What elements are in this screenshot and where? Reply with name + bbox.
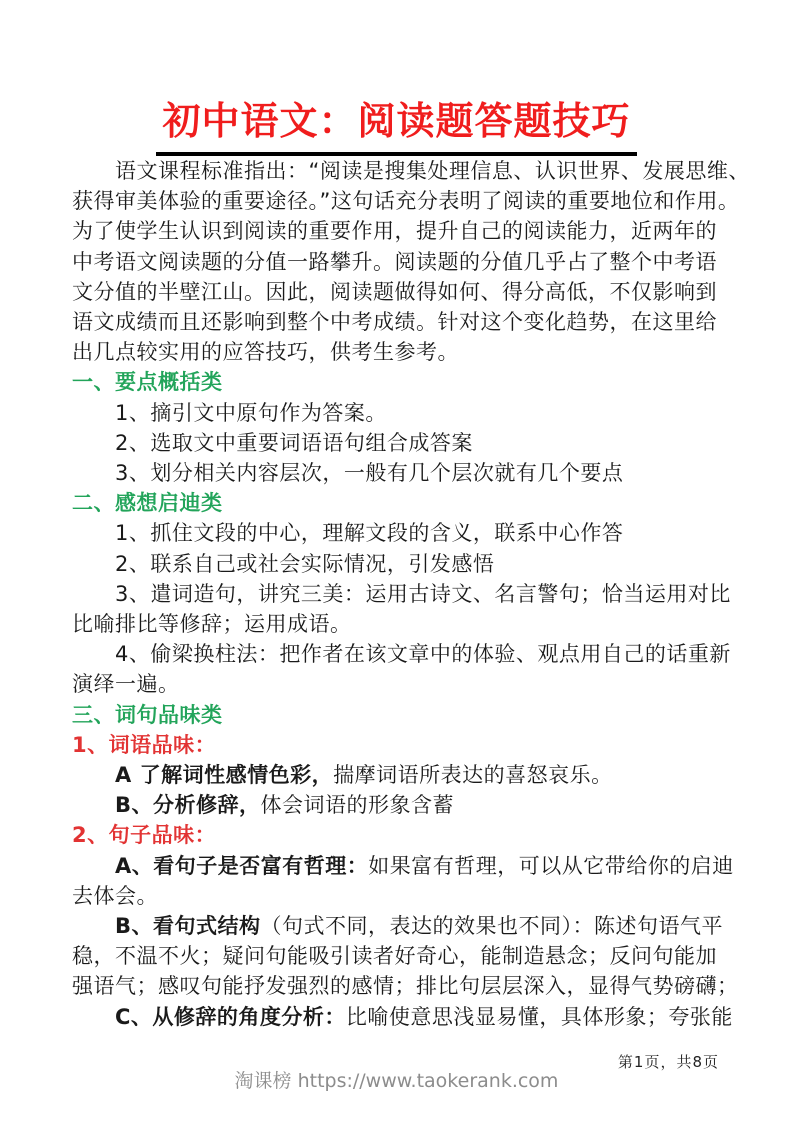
doc-line: C、从修辞的角度分析：比喻使意思浅显易懂，具体形象；夸张能 (72, 1002, 727, 1032)
doc-line-bold-segment: A 了解词性感情色彩， (115, 763, 333, 787)
doc-line-segment: 为了使学生认识到阅读的重要作用，提升自己的阅读能力，近两年的 (72, 219, 717, 243)
doc-line-bold-segment: B、看句式结构 (115, 914, 261, 938)
doc-line: 2、句子品味： (72, 820, 727, 850)
doc-line: 强语气；感叹句能抒发强烈的感情；排比句层层深入，显得气势磅礴； (72, 971, 727, 1001)
doc-line-segment: 比喻排比等修辞；运用成语。 (72, 612, 352, 636)
doc-line-segment: 3、划分相关内容层次，一般有几个层次就有几个要点 (115, 461, 623, 485)
doc-line-segment: （句式不同，表达的效果也不同）：陈述句语气平 (261, 914, 724, 938)
doc-line: 为了使学生认识到阅读的重要作用，提升自己的阅读能力，近两年的 (72, 216, 727, 246)
doc-line: 中考语文阅读题的分值一路攀升。阅读题的分值几乎占了整个中考语 (72, 247, 727, 277)
doc-line-segment: 中考语文阅读题的分值一路攀升。阅读题的分值几乎占了整个中考语 (72, 250, 717, 274)
doc-line-bold-segment: 1、词语品味： (72, 733, 216, 757)
doc-line: 1、摘引文中原句作为答案。 (72, 398, 727, 428)
doc-line-bold-segment: C、从修辞的角度分析： (115, 1005, 346, 1029)
doc-line: 2、选取文中重要词语语句组合成答案 (72, 428, 727, 458)
document-page: 初中语文：阅读题答题技巧 语文课程标准指出：“阅读是搜集处理信息、认识世界、发展… (0, 0, 793, 1122)
doc-line: 获得审美体验的重要途径。”这句话充分表明了阅读的重要地位和作用。 (72, 186, 727, 216)
doc-line: 文分值的半壁江山。因此，阅读题做得如何、得分高低，不仅影响到 (72, 277, 727, 307)
doc-line: 出几点较实用的应答技巧，供考生参考。 (72, 337, 727, 367)
doc-line-bold-segment: 三、词句品味类 (72, 703, 223, 727)
doc-line: 二、感想启迪类 (72, 488, 727, 518)
doc-line-segment: 去体会。 (72, 884, 158, 908)
doc-line-segment: 1、摘引文中原句作为答案。 (115, 401, 387, 425)
doc-line: 去体会。 (72, 881, 727, 911)
doc-line-bold-segment: A、看句子是否富有哲理： (115, 854, 368, 878)
doc-line-bold-segment: 2、句子品味： (72, 823, 216, 847)
doc-line-segment: 2、选取文中重要词语语句组合成答案 (115, 431, 473, 455)
document-lines: 语文课程标准指出：“阅读是搜集处理信息、认识世界、发展思维、获得审美体验的重要途… (72, 156, 727, 1032)
doc-line: 1、抓住文段的中心，理解文段的含义，联系中心作答 (72, 518, 727, 548)
doc-line: B、看句式结构（句式不同，表达的效果也不同）：陈述句语气平 (72, 911, 727, 941)
doc-line-segment: 语文课程标准指出：“阅读是搜集处理信息、认识世界、发展思维、 (115, 159, 750, 183)
doc-line-segment: 获得审美体验的重要途径。”这句话充分表明了阅读的重要地位和作用。 (72, 189, 739, 213)
doc-line: 语文成绩而且还影响到整个中考成绩。针对这个变化趋势，在这里给 (72, 307, 727, 337)
doc-line: 语文课程标准指出：“阅读是搜集处理信息、认识世界、发展思维、 (72, 156, 727, 186)
doc-line: 比喻排比等修辞；运用成语。 (72, 609, 727, 639)
doc-line-bold-segment: B、分析修辞， (115, 793, 261, 817)
doc-line-segment: 演绎一遍。 (72, 672, 180, 696)
doc-line-segment: 1、抓住文段的中心，理解文段的含义，联系中心作答 (115, 521, 623, 545)
doc-line-segment: 语文成绩而且还影响到整个中考成绩。针对这个变化趋势，在这里给 (72, 310, 717, 334)
title-wrap: 初中语文：阅读题答题技巧 (0, 90, 793, 156)
doc-line: 4、偷梁换柱法：把作者在该文章中的体验、观点用自己的话重新 (72, 639, 727, 669)
doc-line: 一、要点概括类 (72, 367, 727, 397)
doc-line-bold-segment: 一、要点概括类 (72, 370, 223, 394)
doc-line-segment: 如果富有哲理，可以从它带给你的启迪 (368, 854, 734, 878)
doc-line-segment: 2、联系自己或社会实际情况，引发感悟 (115, 552, 494, 576)
page-title: 初中语文：阅读题答题技巧 (156, 90, 636, 156)
doc-line-segment: 体会词语的形象含蓄 (261, 793, 455, 817)
doc-line-bold-segment: 二、感想启迪类 (72, 491, 223, 515)
doc-line-segment: 稳，不温不火；疑问句能吸引读者好奇心，能制造悬念；反问句能加 (72, 944, 717, 968)
doc-line-segment: 3、遣词造句，讲究三美：运用古诗文、名言警句；恰当运用对比 (115, 582, 731, 606)
doc-line-segment: 揣摩词语所表达的喜怒哀乐。 (333, 763, 613, 787)
doc-line-segment: 强语气；感叹句能抒发强烈的感情；排比句层层深入，显得气势磅礴； (72, 974, 739, 998)
doc-line: 2、联系自己或社会实际情况，引发感悟 (72, 549, 727, 579)
doc-line: A 了解词性感情色彩，揣摩词语所表达的喜怒哀乐。 (72, 760, 727, 790)
doc-line: 三、词句品味类 (72, 700, 727, 730)
doc-line-segment: 出几点较实用的应答技巧，供考生参考。 (72, 340, 459, 364)
doc-line-segment: 比喻使意思浅显易懂，具体形象；夸张能 (346, 1005, 733, 1029)
doc-line: 1、词语品味： (72, 730, 727, 760)
doc-line-segment: 4、偷梁换柱法：把作者在该文章中的体验、观点用自己的话重新 (115, 642, 731, 666)
doc-line: 3、遣词造句，讲究三美：运用古诗文、名言警句；恰当运用对比 (72, 579, 727, 609)
doc-line-segment: 文分值的半壁江山。因此，阅读题做得如何、得分高低，不仅影响到 (72, 280, 717, 304)
doc-line: 演绎一遍。 (72, 669, 727, 699)
doc-line: 3、划分相关内容层次，一般有几个层次就有几个要点 (72, 458, 727, 488)
doc-line: 稳，不温不火；疑问句能吸引读者好奇心，能制造悬念；反问句能加 (72, 941, 727, 971)
doc-line: B、分析修辞，体会词语的形象含蓄 (72, 790, 727, 820)
watermark-text: 淘课榜 https://www.taokerank.com (0, 1066, 793, 1093)
doc-line: A、看句子是否富有哲理：如果富有哲理，可以从它带给你的启迪 (72, 851, 727, 881)
